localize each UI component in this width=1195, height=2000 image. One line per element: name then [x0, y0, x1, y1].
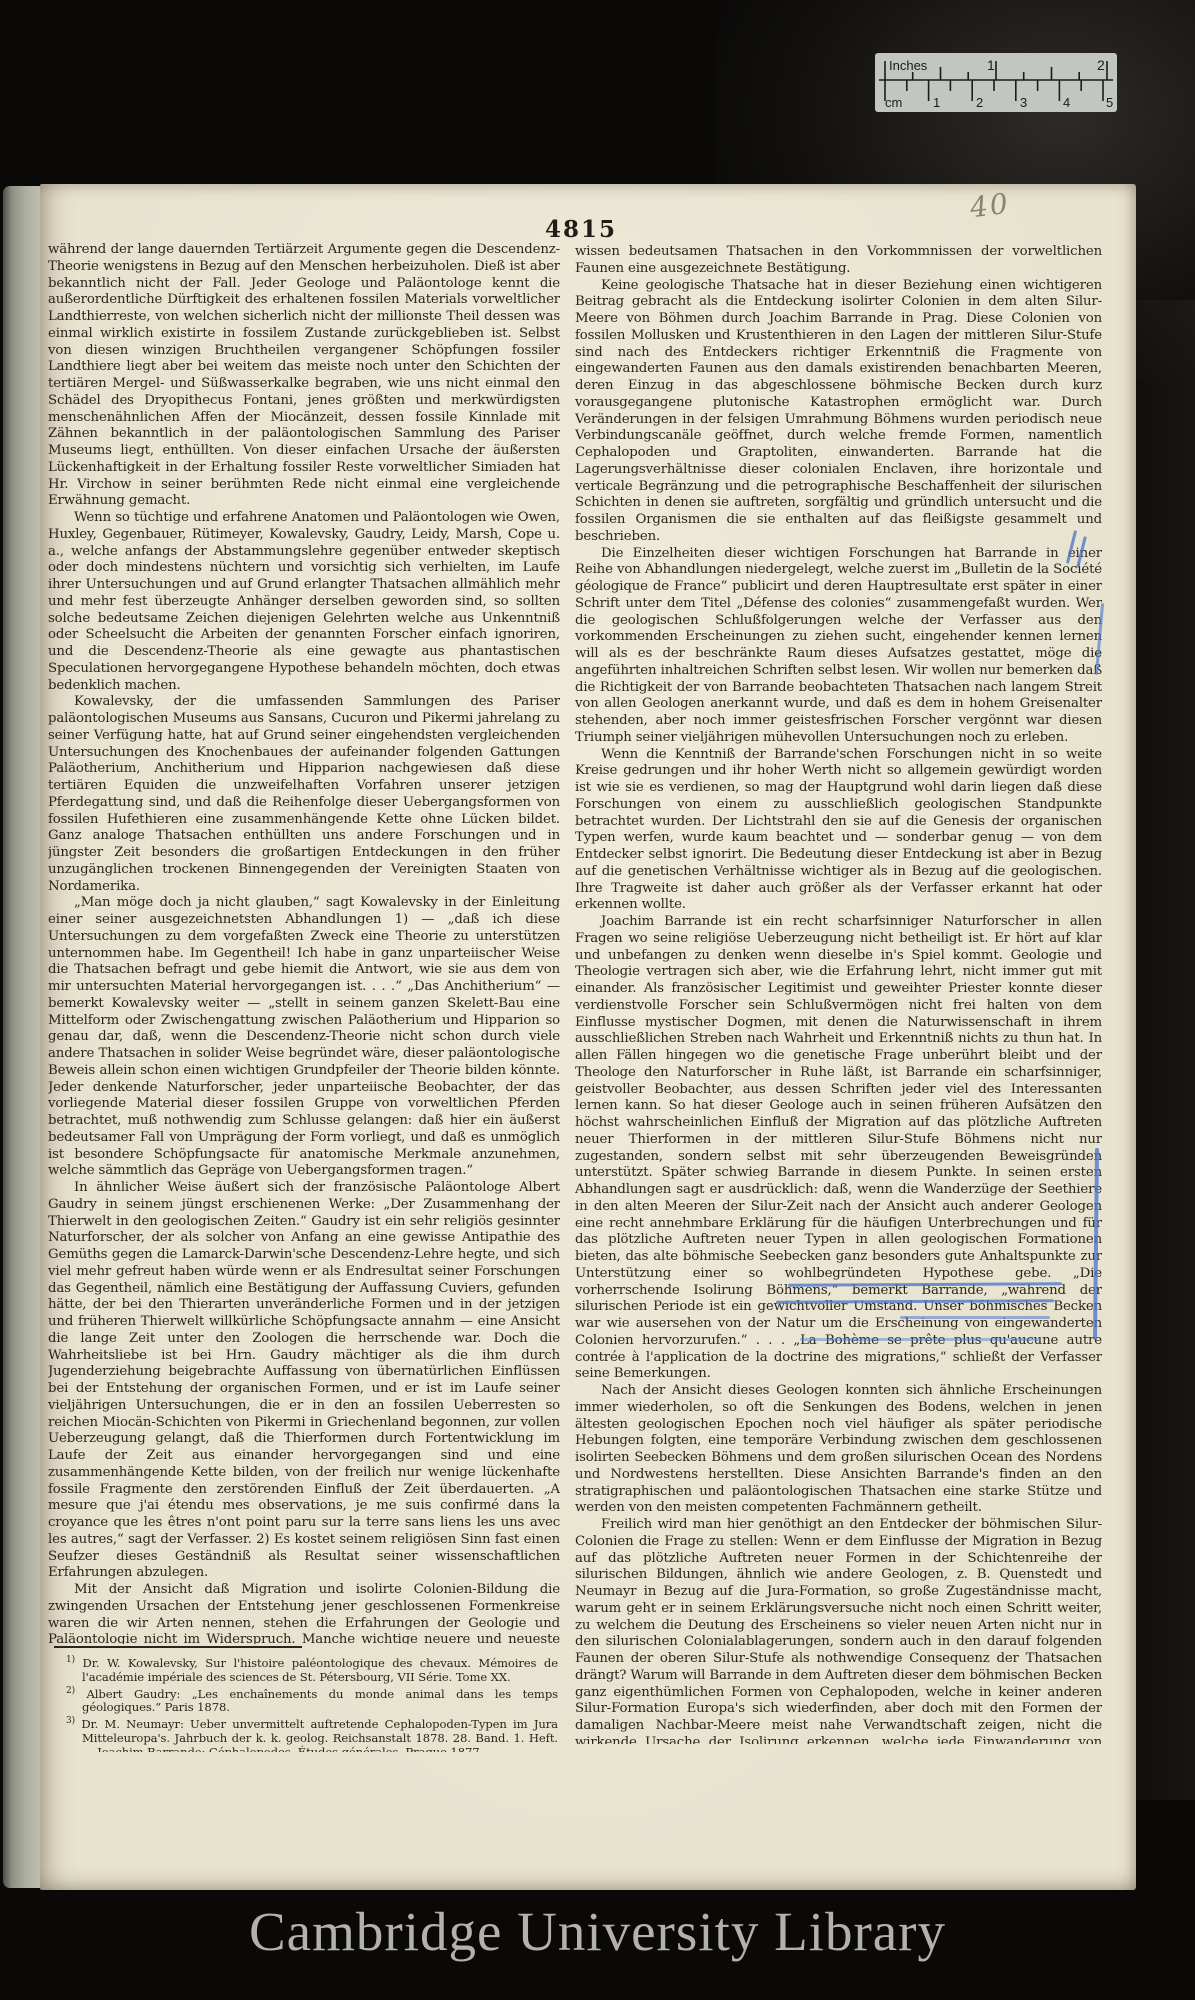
ruler-cm-2: 2 [976, 95, 983, 110]
ruler-cm-3: 3 [1020, 95, 1027, 110]
paragraph: Nach der Ansicht dieses Geologen konnten… [575, 1383, 1102, 1517]
paragraph: Wenn die Kenntniß der Barrande'schen For… [575, 747, 1102, 915]
ruler-cm-4: 4 [1063, 95, 1070, 110]
paragraph: Kowalevsky, der die umfassenden Sammlung… [48, 694, 560, 895]
handwritten-folio-number: 40 [968, 187, 1011, 225]
measurement-ruler: Inches 1 2 cm 1 2 3 4 5 [875, 53, 1117, 112]
ruler-cm-1: 1 [933, 95, 940, 110]
paragraph: In ähnlicher Weise äußert sich der franz… [48, 1180, 560, 1582]
ruler-cm-label: cm [885, 95, 902, 110]
footnote: 1) Dr. W. Kowalevsky, Sur l'histoire pal… [66, 1654, 558, 1685]
paragraph: Keine geologische Thatsache hat in diese… [575, 278, 1102, 546]
paragraph: „Man möge doch ja nicht glauben,“ sagt K… [48, 895, 560, 1180]
page-number: 4815 [545, 216, 617, 243]
book-page-edges [3, 186, 45, 1888]
footnote: 3) Dr. M. Neumayr: Ueber unvermittelt au… [66, 1715, 558, 1752]
ink-underline [800, 1338, 1040, 1341]
document-page: 4815 40 während der lange dauernden Tert… [40, 184, 1136, 1890]
paragraph: Joachim Barrande ist ein recht scharfsin… [575, 914, 1102, 1383]
footnote-marker: 3) [66, 1716, 75, 1726]
paragraph: Freilich wird man hier genöthigt an den … [575, 1517, 1102, 1744]
footnotes-block: 1) Dr. W. Kowalevsky, Sur l'histoire pal… [66, 1654, 558, 1752]
library-watermark: Cambridge University Library [0, 1900, 1195, 1963]
ruler-inches-label: Inches [889, 58, 928, 73]
paragraph: während der lange dauernden Tertiärzeit … [48, 242, 560, 510]
paragraph: Die Einzelheiten dieser wichtigen Forsch… [575, 546, 1102, 747]
ruler-inch-2: 2 [1097, 57, 1105, 73]
footnote: 2) Albert Gaudry: „Les enchaînements du … [66, 1685, 558, 1716]
ink-underline [900, 1316, 1050, 1319]
paragraph: Mit der Ansicht daß Migration und isolir… [48, 1582, 560, 1644]
ruler-inch-1: 1 [987, 57, 995, 73]
right-text-column: wissen bedeutsamen Thatsachen in den Vor… [575, 244, 1102, 1744]
footnote-marker: 2) [66, 1686, 75, 1696]
paragraph: Wenn so tüchtige und erfahrene Anatomen … [48, 510, 560, 694]
paragraph: wissen bedeutsamen Thatsachen in den Vor… [575, 244, 1102, 278]
footnote-separator-rule [54, 1646, 302, 1648]
left-text-column: während der lange dauernden Tertiärzeit … [48, 242, 560, 1644]
footnote-marker: 1) [66, 1655, 75, 1665]
ruler-graphic: Inches 1 2 cm 1 2 3 4 5 [875, 53, 1117, 112]
ruler-cm-5: 5 [1106, 95, 1113, 110]
